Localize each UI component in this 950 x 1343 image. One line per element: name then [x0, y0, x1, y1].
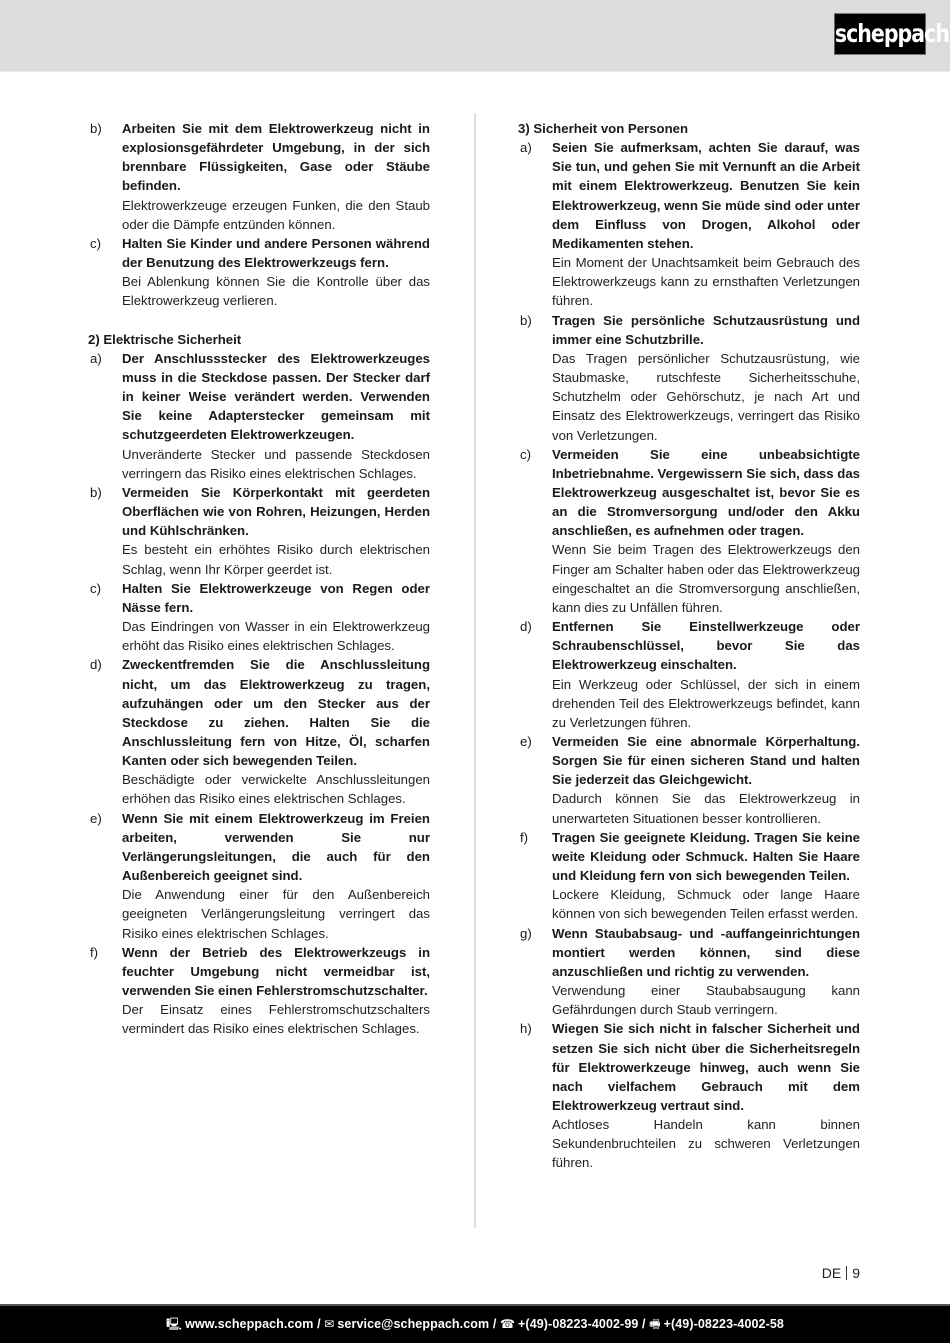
warning-text: Wenn Sie mit einem Elektrowerkzeug im Fr… — [122, 809, 430, 886]
computer-icon: 🖳 — [166, 1317, 182, 1331]
explanation-text: Die Anwendung einer für den Außenbereich… — [122, 885, 430, 942]
warning-text: Arbeiten Sie mit dem Elektrowerkzeug nic… — [122, 119, 430, 196]
item-letter: c) — [520, 445, 531, 464]
item-letter: h) — [520, 1019, 532, 1038]
warning-text: Tragen Sie geeignete Kleidung. Tragen Si… — [552, 828, 860, 885]
item-letter: e) — [90, 809, 102, 828]
explanation-text: Elektrowerkzeuge erzeugen Funken, die de… — [122, 196, 430, 234]
contact-footer: 🖳www.scheppach.com / ✉service@scheppach.… — [0, 1304, 950, 1343]
language-code: DE — [822, 1265, 841, 1281]
fax-icon: 🖷 — [649, 1317, 660, 1331]
item-letter: f) — [520, 828, 528, 847]
warning-text: Vermeiden Sie eine abnormale Körperhaltu… — [552, 732, 860, 789]
item-letter: d) — [520, 617, 532, 636]
page-number-value: 9 — [852, 1265, 860, 1281]
warning-text: Vermeiden Sie eine unbeabsichtigte Inbet… — [552, 445, 860, 541]
warning-text: Wenn der Betrieb des Elektrowerkzeugs in… — [122, 943, 430, 1000]
telephone-icon: ☎ — [500, 1317, 515, 1331]
warning-text: Tragen Sie persönliche Schutzausrüstung … — [552, 311, 860, 349]
safety-item: h) Wiegen Sie sich nicht in falscher Sic… — [518, 1019, 860, 1172]
safety-item: f) Wenn der Betrieb des Elektrowerkzeugs… — [88, 943, 430, 1039]
warning-text: Vermeiden Sie Körperkontakt mit geerdete… — [122, 483, 430, 540]
item-letter: b) — [90, 483, 102, 502]
explanation-text: Ein Moment der Unachtsamkeit beim Gebrau… — [552, 253, 860, 310]
item-letter: a) — [90, 349, 102, 368]
explanation-text: Wenn Sie beim Tragen des Elektrowerkzeug… — [552, 540, 860, 617]
page-header: scheppach — [0, 0, 950, 72]
phone-number: +(49)-08223-4002-99 — [518, 1317, 638, 1331]
explanation-text: Dadurch können Sie das Elektrowerkzeug i… — [552, 789, 860, 827]
explanation-text: Lockere Kleidung, Schmuck oder lange Haa… — [552, 885, 860, 923]
safety-item: c) Halten Sie Elektrowerkzeuge von Regen… — [88, 579, 430, 656]
footer-separator: / — [489, 1317, 500, 1331]
fax-number: +(49)-08223-4002-58 — [664, 1317, 784, 1331]
scheppach-logo: scheppach — [834, 13, 926, 55]
warning-text: Wenn Staubabsaug- und -auffangeinrichtun… — [552, 924, 860, 981]
page-number: DE9 — [822, 1265, 860, 1281]
section-heading: 2) Elektrische Sicherheit — [88, 330, 430, 349]
email-link[interactable]: service@scheppach.com — [337, 1317, 489, 1331]
spacer — [88, 311, 430, 330]
column-divider — [474, 113, 476, 1228]
explanation-text: Das Tragen persönlicher Schutzausrüstung… — [552, 349, 860, 445]
safety-item: e) Vermeiden Sie eine abnormale Körperha… — [518, 732, 860, 828]
item-letter: a) — [520, 138, 532, 157]
item-letter: b) — [90, 119, 102, 138]
safety-item: d) Entfernen Sie Einstellwerkzeuge oder … — [518, 617, 860, 732]
warning-text: Zweckentfremden Sie die Anschlussleitung… — [122, 655, 430, 770]
left-column: b) Arbeiten Sie mit dem Elektrowerkzeug … — [88, 119, 430, 1038]
warning-text: Seien Sie aufmerksam, achten Sie darauf,… — [552, 138, 860, 253]
warning-text: Entfernen Sie Einstellwerkzeuge oder Sch… — [552, 617, 860, 674]
explanation-text: Beschädigte oder verwickelte Anschlussle… — [122, 770, 430, 808]
mail-icon: ✉ — [324, 1317, 334, 1331]
safety-item: a) Seien Sie aufmerksam, achten Sie dara… — [518, 138, 860, 310]
explanation-text: Verwendung einer Staubabsaugung kann Gef… — [552, 981, 860, 1019]
safety-item: b) Tragen Sie persönliche Schutzausrüstu… — [518, 311, 860, 445]
item-letter: e) — [520, 732, 532, 751]
right-column: 3) Sicherheit von Personen a) Seien Sie … — [518, 119, 860, 1173]
footer-separator: / — [314, 1317, 325, 1331]
item-letter: b) — [520, 311, 532, 330]
item-letter: f) — [90, 943, 98, 962]
item-letter: c) — [90, 579, 101, 598]
explanation-text: Bei Ablenkung können Sie die Kontrolle ü… — [122, 272, 430, 310]
warning-text: Wiegen Sie sich nicht in falscher Sicher… — [552, 1019, 860, 1115]
footer-separator: / — [638, 1317, 649, 1331]
section-heading: 3) Sicherheit von Personen — [518, 119, 860, 138]
explanation-text: Achtloses Handeln kann binnen Sekundenbr… — [552, 1115, 860, 1172]
safety-item: d) Zweckentfremden Sie die Anschlussleit… — [88, 655, 430, 808]
safety-item: b) Arbeiten Sie mit dem Elektrowerkzeug … — [88, 119, 430, 234]
explanation-text: Ein Werkzeug oder Schlüssel, der sich in… — [552, 675, 860, 732]
explanation-text: Unveränderte Stecker und passende Steckd… — [122, 445, 430, 483]
item-letter: d) — [90, 655, 102, 674]
website-link[interactable]: www.scheppach.com — [185, 1317, 313, 1331]
explanation-text: Es besteht ein erhöhtes Risiko durch ele… — [122, 540, 430, 578]
item-letter: g) — [520, 924, 532, 943]
warning-text: Der Anschlussstecker des Elektrowerkzeug… — [122, 349, 430, 445]
safety-item: f) Tragen Sie geeignete Kleidung. Tragen… — [518, 828, 860, 924]
explanation-text: Der Einsatz eines Fehlerstromschutzschal… — [122, 1000, 430, 1038]
warning-text: Halten Sie Elektrowerkzeuge von Regen od… — [122, 579, 430, 617]
item-letter: c) — [90, 234, 101, 253]
warning-text: Halten Sie Kinder und andere Personen wä… — [122, 234, 430, 272]
explanation-text: Das Eindringen von Wasser in ein Elektro… — [122, 617, 430, 655]
safety-item: c) Vermeiden Sie eine unbeabsichtigte In… — [518, 445, 860, 617]
safety-item: a) Der Anschlussstecker des Elektrowerkz… — [88, 349, 430, 483]
safety-item: e) Wenn Sie mit einem Elektrowerkzeug im… — [88, 809, 430, 943]
safety-item: g) Wenn Staubabsaug- und -auffangeinrich… — [518, 924, 860, 1020]
safety-item: c) Halten Sie Kinder und andere Personen… — [88, 234, 430, 311]
page-number-separator — [846, 1266, 847, 1280]
safety-item: b) Vermeiden Sie Körperkontakt mit geerd… — [88, 483, 430, 579]
